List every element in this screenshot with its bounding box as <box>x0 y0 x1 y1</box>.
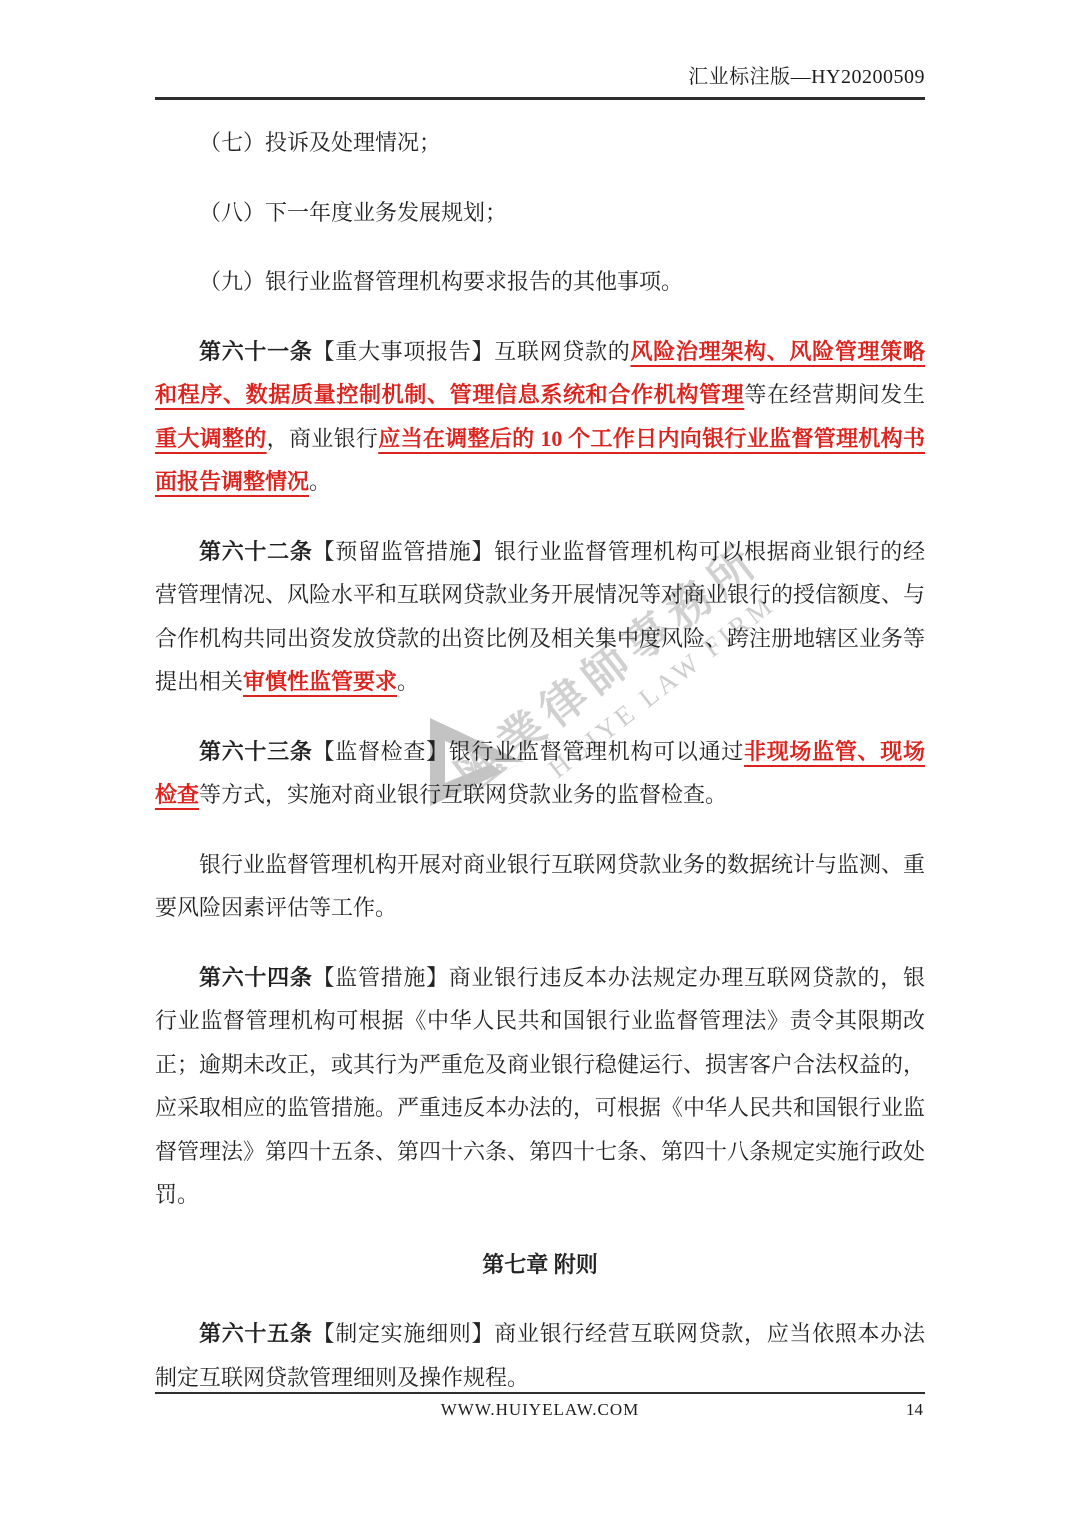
text-run: 。 <box>397 669 419 694</box>
text-run: 【重大事项报告】互联网贷款的 <box>313 339 631 364</box>
text-run: 【监管措施】商业银行违反本办法规定办理互联网贷款的，银行业监督管理机构可根据《中… <box>155 965 925 1208</box>
annotated-text-run: 重大调整的 <box>155 426 267 451</box>
paragraph: 第六十五条【制定实施细则】商业银行经营互联网贷款，应当依照本办法制定互联网贷款管… <box>155 1312 925 1399</box>
text-run: 第六十五条 <box>199 1321 313 1346</box>
header-edition-label: 汇业标注版—HY20200509 <box>155 0 925 90</box>
header-rule <box>155 97 925 100</box>
text-run: 【监督检查】银行业监督管理机构可以通过 <box>313 739 744 764</box>
text-run: 等方式，实施对商业银行互联网贷款业务的监督检查。 <box>199 782 727 807</box>
text-run: 。 <box>309 469 331 494</box>
paragraph: （九）银行业监督管理机构要求报告的其他事项。 <box>155 260 925 304</box>
text-run: 银行业监督管理机构开展对商业银行互联网贷款业务的数据统计与监测、重要风险因素评估… <box>155 852 925 921</box>
paragraph: （八）下一年度业务发展规划； <box>155 191 925 235</box>
document-body: （七）投诉及处理情况；（八）下一年度业务发展规划；（九）银行业监督管理机构要求报… <box>155 121 925 1425</box>
text-run: 等在经营期间发生 <box>744 382 925 407</box>
page-number: 14 <box>906 1400 923 1420</box>
text-run: （九）银行业监督管理机构要求报告的其他事项。 <box>199 269 683 294</box>
text-run: （七）投诉及处理情况； <box>199 130 441 155</box>
text-run: （八）下一年度业务发展规划； <box>199 200 507 225</box>
annotated-text-run: 审慎性监管要求 <box>243 669 397 694</box>
paragraph: 第六十一条【重大事项报告】互联网贷款的风险治理架构、风险管理策略和程序、数据质量… <box>155 330 925 504</box>
paragraph: 第六十四条【监管措施】商业银行违反本办法规定办理互联网贷款的，银行业监督管理机构… <box>155 956 925 1217</box>
text-run: 第六十四条 <box>199 965 313 990</box>
paragraph: 第六十二条【预留监管措施】银行业监督管理机构可以根据商业银行的经营管理情况、风险… <box>155 530 925 704</box>
paragraph: （七）投诉及处理情况； <box>155 121 925 165</box>
footer-website: WWW.HUIYELAW.COM <box>155 1394 925 1420</box>
paragraph: 第六十三条【监督检查】银行业监督管理机构可以通过非现场监管、现场检查等方式，实施… <box>155 730 925 817</box>
chapter-heading: 第七章 附则 <box>155 1243 925 1287</box>
text-run: 第六十二条 <box>199 539 313 564</box>
page-footer: WWW.HUIYELAW.COM 14 <box>155 1392 925 1420</box>
text-run: 第七章 附则 <box>482 1252 598 1277</box>
document-page: 汇业标注版—HY20200509 匯業律師事務所 HUIYE LAW FIRM … <box>0 0 1080 1528</box>
paragraph: 银行业监督管理机构开展对商业银行互联网贷款业务的数据统计与监测、重要风险因素评估… <box>155 843 925 930</box>
text-run: 第六十一条 <box>199 339 313 364</box>
page-header: 汇业标注版—HY20200509 <box>155 0 925 100</box>
text-run: ，商业银行 <box>267 426 379 451</box>
text-run: 第六十三条 <box>199 739 313 764</box>
